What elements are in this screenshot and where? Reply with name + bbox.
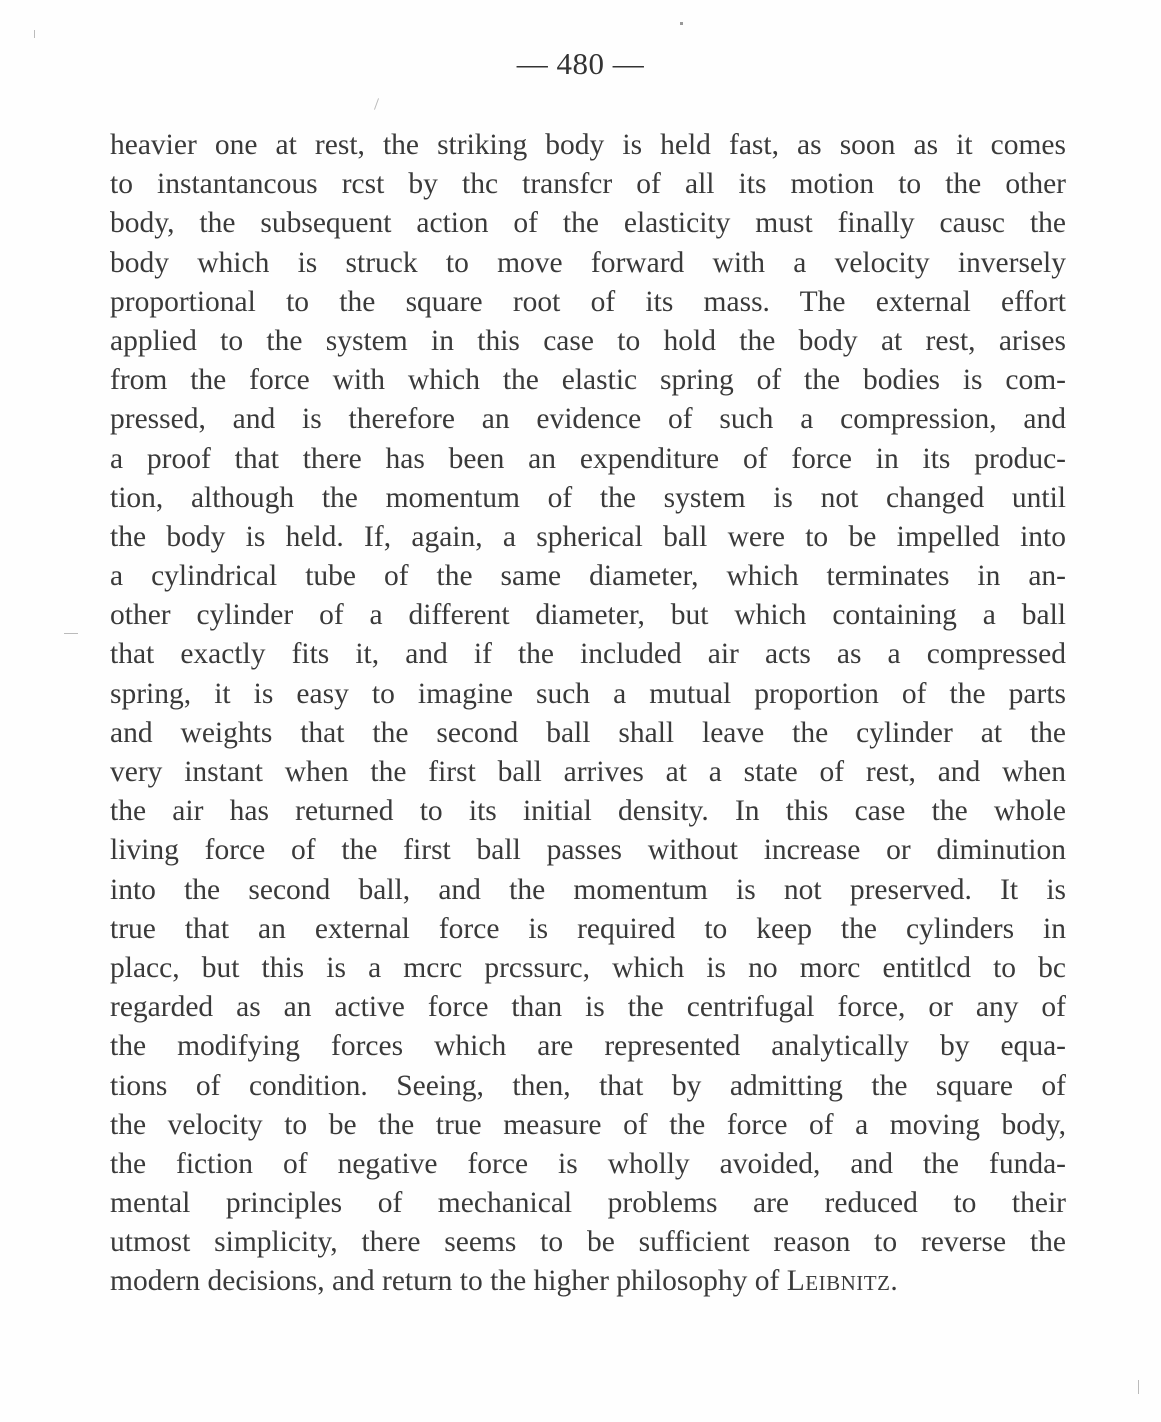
text-line: that exactly fits it, and if the include…: [110, 635, 1066, 674]
text-line: the velocity to be the true measure of t…: [110, 1106, 1066, 1145]
text-line: true that an external force is required …: [110, 910, 1066, 949]
text-line: heavier one at rest, the striking body i…: [110, 126, 1066, 165]
text-line: the air has returned to its initial dens…: [110, 792, 1066, 831]
text-line: other cylinder of a different diameter, …: [110, 596, 1066, 635]
text-line: regarded as an active force than is the …: [110, 988, 1066, 1027]
text-line: a proof that there has been an expenditu…: [110, 440, 1066, 479]
text-line: very instant when the first ball arrives…: [110, 753, 1066, 792]
scan-speck: [1138, 1380, 1139, 1394]
text-line: utmost simplicity, there seems to be suf…: [110, 1223, 1066, 1262]
text-line: to instantancous rcst by thc transfcr of…: [110, 165, 1066, 204]
text-line: the fiction of negative force is wholly …: [110, 1145, 1066, 1184]
text-line: body which is struck to move forward wit…: [110, 244, 1066, 283]
scanned-page: — 480 — heavier one at rest, the strikin…: [0, 0, 1161, 1422]
text-line: pressed, and is therefore an evidence of…: [110, 400, 1066, 439]
scan-speck: [64, 633, 78, 634]
text-line: placc, but this is a mcrc prcssurc, whic…: [110, 949, 1066, 988]
text-line: the modifying forces which are represent…: [110, 1027, 1066, 1066]
scan-speck: [374, 98, 379, 110]
final-line-text: modern decisions, and return to the high…: [110, 1265, 787, 1297]
text-line: proportional to the square root of its m…: [110, 283, 1066, 322]
text-line-final: modern decisions, and return to the high…: [110, 1262, 1066, 1301]
text-line: the body is held. If, again, a spherical…: [110, 518, 1066, 557]
text-line: applied to the system in this case to ho…: [110, 322, 1066, 361]
text-line: body, the subsequent action of the elast…: [110, 204, 1066, 243]
text-line: living force of the first ball passes wi…: [110, 831, 1066, 870]
scan-speck: [34, 30, 35, 38]
text-line: tions of condition. Seeing, then, that b…: [110, 1067, 1066, 1106]
text-line: from the force with which the elastic sp…: [110, 361, 1066, 400]
body-paragraph: heavier one at rest, the striking body i…: [110, 126, 1066, 1302]
text-line: mental principles of mechanical problems…: [110, 1184, 1066, 1223]
text-line: tion, although the momentum of the syste…: [110, 479, 1066, 518]
author-name-leibnitz: Leibnitz.: [787, 1265, 899, 1297]
text-line: and weights that the second ball shall l…: [110, 714, 1066, 753]
scan-speck: [680, 22, 683, 25]
text-line: into the second ball, and the momentum i…: [110, 871, 1066, 910]
text-line: spring, it is easy to imagine such a mut…: [110, 675, 1066, 714]
text-line: a cylindrical tube of the same diameter,…: [110, 557, 1066, 596]
page-number: — 480 —: [0, 46, 1161, 82]
